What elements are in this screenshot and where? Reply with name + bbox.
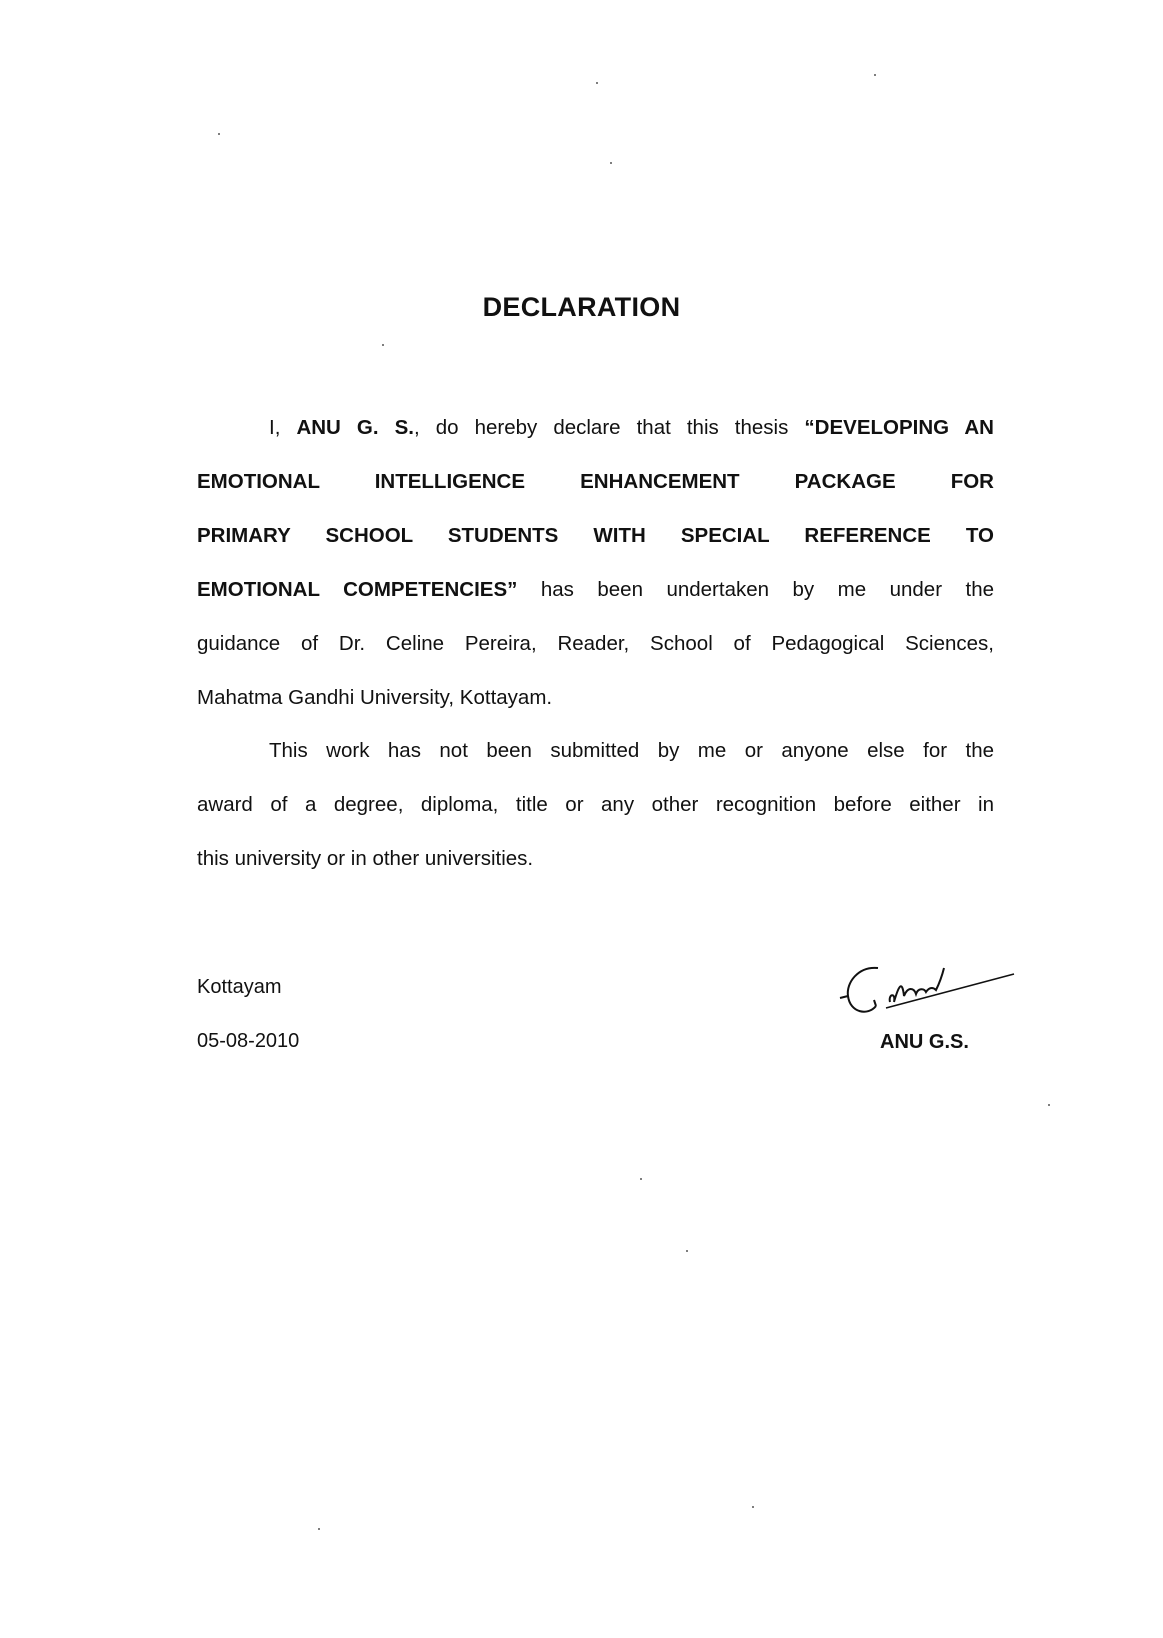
text-fragment: , do hereby declare that this thesis — [414, 416, 804, 439]
thesis-title-start: “DEVELOPING AN — [804, 416, 994, 439]
paragraph-line: This work has not been submitted by me o… — [197, 739, 994, 767]
declaration-page: DECLARATION I, ANU G. S., do hereby decl… — [0, 0, 1163, 1638]
paragraph-line: award of a degree, diploma, title or any… — [197, 793, 994, 821]
page-title: DECLARATION — [0, 292, 1163, 323]
signatory-name: ANU G.S. — [880, 1031, 969, 1054]
signature-icon — [838, 958, 1016, 1020]
scan-speck — [640, 1178, 642, 1180]
scan-speck — [218, 133, 220, 135]
date-label: 05-08-2010 — [197, 1030, 299, 1053]
paragraph-line: PRIMARY SCHOOL STUDENTS WITH SPECIAL REF… — [197, 524, 994, 552]
text-fragment: has been undertaken by me under the — [517, 578, 994, 601]
place-label: Kottayam — [197, 976, 281, 999]
text-fragment: I, — [269, 416, 296, 439]
thesis-title-end: EMOTIONAL COMPETENCIES” — [197, 578, 517, 601]
paragraph-line: I, ANU G. S., do hereby declare that thi… — [197, 416, 994, 444]
scan-speck — [382, 344, 384, 346]
scan-speck — [752, 1506, 754, 1508]
scan-speck — [874, 74, 876, 76]
author-name: ANU G. S. — [296, 416, 414, 439]
scan-speck — [596, 82, 598, 84]
scan-speck — [318, 1528, 320, 1530]
scan-speck — [1048, 1104, 1050, 1106]
paragraph-line: EMOTIONAL INTELLIGENCE ENHANCEMENT PACKA… — [197, 470, 994, 498]
thesis-title-part: EMOTIONAL INTELLIGENCE ENHANCEMENT PACKA… — [197, 470, 994, 493]
thesis-title-part: PRIMARY SCHOOL STUDENTS WITH SPECIAL REF… — [197, 524, 994, 547]
scan-speck — [686, 1250, 688, 1252]
scan-speck — [610, 162, 612, 164]
paragraph-line: Mahatma Gandhi University, Kottayam. — [197, 686, 994, 714]
paragraph-line: guidance of Dr. Celine Pereira, Reader, … — [197, 632, 994, 660]
paragraph-line: EMOTIONAL COMPETENCIES” has been underta… — [197, 578, 994, 606]
paragraph-line: this university or in other universities… — [197, 847, 994, 875]
